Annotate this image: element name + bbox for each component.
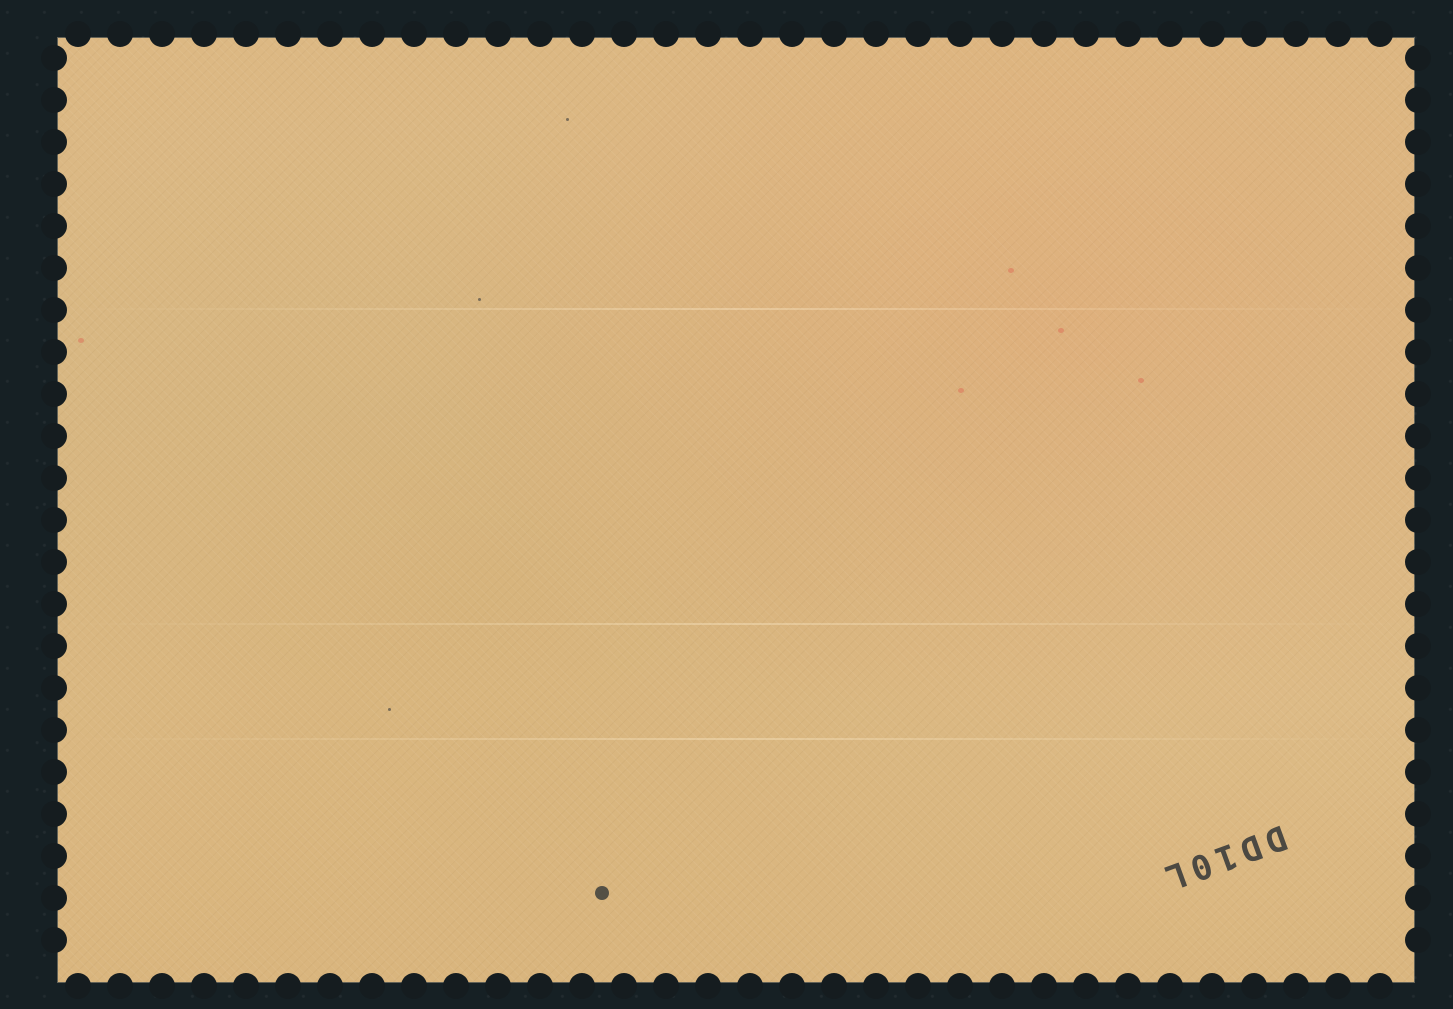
perforation-hole [191,21,217,47]
perforation-hole [1367,973,1393,999]
perforation-hole [107,21,133,47]
show-through-mark [1008,268,1014,273]
perforation-hole [41,675,67,701]
perforation-hole [653,21,679,47]
perforation-hole [1115,21,1141,47]
perforation-hole [1405,759,1431,785]
perforation-hole [41,381,67,407]
perforation-hole [443,973,469,999]
perforation-hole [1405,885,1431,911]
perforation-hole [1405,171,1431,197]
perforation-hole [569,973,595,999]
perforation-hole [1115,973,1141,999]
gum-crease [58,308,1414,310]
perforation-hole [41,549,67,575]
perforation-hole [1405,633,1431,659]
perforation-hole [947,973,973,999]
perforation-hole [569,21,595,47]
perforation-hole [65,973,91,999]
perforation-hole [695,21,721,47]
perforation-hole [41,45,67,71]
perforation-hole [443,21,469,47]
perforation-hole [1405,591,1431,617]
perforation-hole [1405,381,1431,407]
speck [566,118,569,121]
perforation-hole [41,87,67,113]
perforation-hole [317,973,343,999]
perforation-hole [1031,973,1057,999]
perforation-hole [41,885,67,911]
perforation-hole [65,21,91,47]
perforation-hole [275,973,301,999]
perforation-hole [737,973,763,999]
perforation-hole [41,759,67,785]
perforation-hole [527,973,553,999]
perforation-hole [149,21,175,47]
perforation-hole [1405,801,1431,827]
perforation-hole [485,973,511,999]
perforation-hole [1367,21,1393,47]
perforation-hole [1405,927,1431,953]
gum-crease [58,623,1414,625]
gum-crease [58,738,1414,740]
perforation-hole [863,973,889,999]
perforation-hole [737,21,763,47]
perforation-hole [41,423,67,449]
perforation-hole [821,973,847,999]
perforation-hole [1405,843,1431,869]
perforation-hole [317,21,343,47]
perforation-hole [1325,21,1351,47]
perforation-hole [401,21,427,47]
perforation-hole [41,927,67,953]
speck [388,708,391,711]
perforation-hole [1031,21,1057,47]
perforation-hole [41,633,67,659]
perforation-hole [401,973,427,999]
perforation-hole [41,465,67,491]
perforation-hole [1405,87,1431,113]
perforation-hole [41,339,67,365]
perforation-hole [863,21,889,47]
show-through-mark [1058,328,1064,333]
perforation-hole [1199,21,1225,47]
perforation-hole [191,973,217,999]
perforation-hole [1405,465,1431,491]
ink-dot [595,886,609,900]
perforation-hole [41,717,67,743]
perforation-hole [41,297,67,323]
perforation-hole [905,973,931,999]
show-through-mark [78,338,84,343]
perforation-hole [1199,973,1225,999]
perforation-hole [779,973,805,999]
perforation-hole [1157,21,1183,47]
perforation-hole [1283,973,1309,999]
perforation-hole [1405,675,1431,701]
perforation-hole [1073,973,1099,999]
perforation-hole [1405,717,1431,743]
perforation-hole [1405,339,1431,365]
perforation-hole [1405,255,1431,281]
perforation-hole [1325,973,1351,999]
perforation-hole [611,973,637,999]
show-through-mark [958,388,964,393]
perforation-hole [107,973,133,999]
perforation-hole [233,973,259,999]
show-through-mark [1138,378,1144,383]
perforation-hole [41,129,67,155]
perforation-hole [1073,21,1099,47]
perforation-hole [989,973,1015,999]
perforation-hole [41,255,67,281]
perforation-hole [653,973,679,999]
perforation-hole [1405,45,1431,71]
perforation-hole [41,213,67,239]
perforation-hole [1157,973,1183,999]
perforation-hole [1241,21,1267,47]
perforation-hole [359,973,385,999]
perforation-hole [41,843,67,869]
perforation-hole [947,21,973,47]
perforation-hole [1405,423,1431,449]
perforation-hole [41,171,67,197]
perforation-hole [41,507,67,533]
perforation-hole [1405,297,1431,323]
perforation-hole [485,21,511,47]
speck [478,298,481,301]
perforation-hole [41,591,67,617]
perforation-hole [695,973,721,999]
perforation-hole [905,21,931,47]
perforation-hole [359,21,385,47]
perforation-hole [1405,213,1431,239]
perforation-hole [1405,549,1431,575]
perforation-hole [1241,973,1267,999]
perforation-hole [1283,21,1309,47]
perforation-hole [527,21,553,47]
perforation-hole [989,21,1015,47]
perforation-hole [1405,129,1431,155]
perforation-hole [611,21,637,47]
perforation-hole [233,21,259,47]
perforation-hole [821,21,847,47]
perforation-hole [1405,507,1431,533]
perforation-hole [41,801,67,827]
perforation-hole [275,21,301,47]
perforation-hole [779,21,805,47]
perforation-hole [149,973,175,999]
